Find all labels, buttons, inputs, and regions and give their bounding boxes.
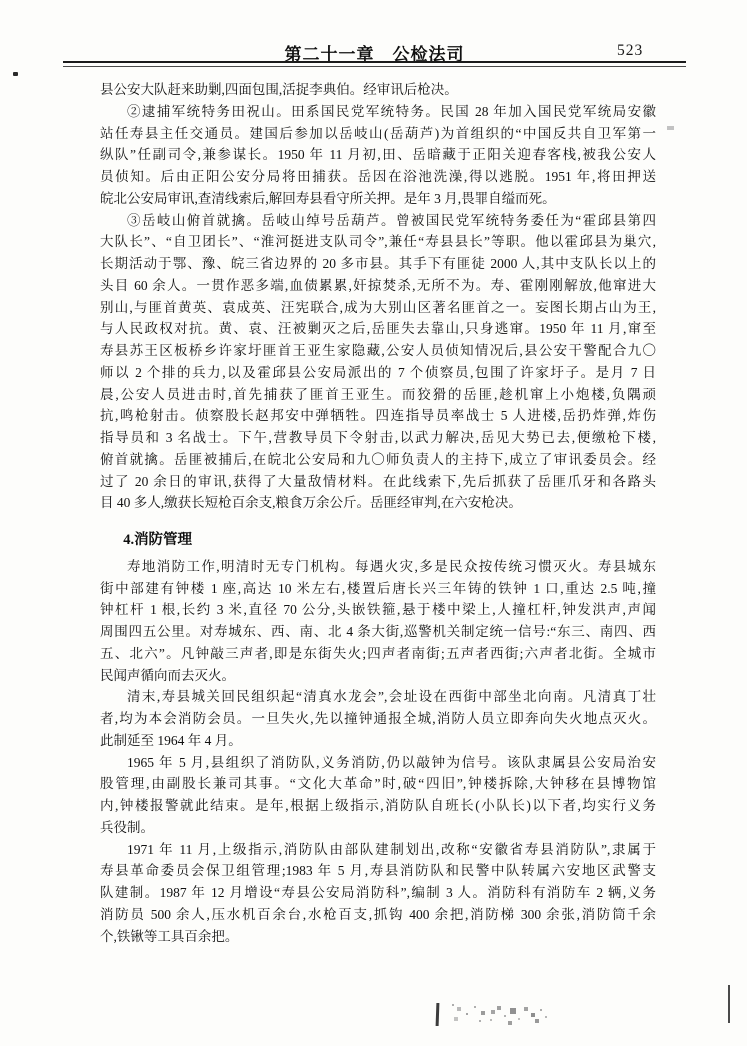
text-line: 指导员和 3 名战士。下午,营教导员下令射击,以武力解决,岳见大势已去,便缴枪下… [100,427,656,449]
text-line: 钟杠杆 1 根,长约 3 米,直径 70 公分,头嵌铁箍,悬于楼中梁上,人撞杠杆… [100,599,656,621]
text-line: 个,铁锹等工具百余把。 [100,926,656,948]
text-line: 师以 2 个排的兵力,以及霍邱县公安局派出的 7 个侦察员,包围了许家圩子。是月… [100,362,656,384]
section-heading: 4.消防管理 [100,530,656,552]
text-line: 者,均为本会消防会员。一旦失火,先以撞钟通报全城,消防人员立即奔向失火地点灭火。 [100,708,656,730]
header-double-rule [63,61,686,67]
text-line: 消防员 500 余人,压水机百余台,水枪百支,抓钩 400 余把,消防梯 300… [100,904,656,926]
page-number: 523 [617,42,643,60]
scan-artifact-speck [667,126,674,130]
text-line: 皖北公安局审讯,查清线索后,解回寿县看守所关押。是年 3 月,畏罪自缢而死。 [100,188,656,210]
text-line: 寿县革命委员会保卫组管理;1983 年 5 月,寿县消防队和民警中队转属六安地区… [100,860,656,882]
text-line: ②逮捕军统特务田祝山。田系国民党军统特务。民国 28 年加入国民党军统局安徽 [100,101,656,123]
text-line: 队建制。1987 年 12 月增设“寿县公安局消防科”,编制 3 人。消防科有消… [100,882,656,904]
text-line: 此制延至 1964 年 4 月。 [100,730,656,752]
text-line: 股管理,由副股长兼司其事。“文化大革命”时,破“四旧”,钟楼拆除,大钟移在县博物… [100,773,656,795]
text-line: 县公安大队赶来助剿,四面包围,活捉李典伯。经审讯后枪决。 [100,79,656,101]
text-line: 清末,寿县城关回民组织起“清真水龙会”,会址设在西街中部坐北向南。凡清真丁壮 [100,686,656,708]
text-line: 过了 20 余日的审讯,获得了大量敌情材料。在此线索下,先后抓获了岳匪爪牙和各路… [100,471,656,493]
text-line: 别山,与匪首黄英、袁成英、汪宪联合,成为大别山区著名匪首之一。妄图长期占山为王, [100,297,656,319]
scan-artifact-edge-line [728,985,730,1023]
text-line: 1971 年 11 月,上级指示,消防队由部队建制划出,改称“安徽省寿县消防队”… [100,839,656,861]
text-line: 五、北六”。凡钟敲三声者,即是东街失火;四声者南街;五声者西街;六声者北街。全城… [100,643,656,665]
text-line: 站任寿县主任交通员。建国后参加以岳岐山(岳葫芦)为首组织的“中国反共自卫军第一 [100,123,656,145]
text-line: 抗,鸣枪射击。侦察股长赵邦安中弹牺牲。四连指导员率战士 5 人进楼,岳扔炸弹,炸… [100,405,656,427]
text-line: 目 40 多人,缴获长短枪百余支,粮食万余公斤。岳匪经审判,在六安枪决。 [100,492,656,514]
text-line: 员侦知。后由正阳公安分局将田捕获。岳因在浴池洗澡,得以逃脱。1951 年,将田押… [100,166,656,188]
text-line: 周围四五公里。对寿城东、西、南、北 4 条大街,巡警机关制定统一信号:“东三、南… [100,621,656,643]
text-line: 街中部建有钟楼 1 座,高达 10 米左右,楼置后唐长兴三年铸的铁钟 1 口,重… [100,578,656,600]
text-line: 大队长”、“自卫团长”、“淮河挺进支队司令”,兼任“寿县县长”等职。他以霍邱县为… [100,231,656,253]
text-line: 与人民政权对抗。黄、袁、汪被剿灭之后,岳匪失去靠山,只身逃窜。1950 年 11… [100,318,656,340]
scan-artifact-smudge [452,1004,454,1006]
text-line: 纵队”任副司令,兼参谋长。1950 年 11 月初,田、岳暗藏于正阳关迎春客栈,… [100,144,656,166]
scan-artifact-speck [13,72,18,76]
text-line: 寿地消防工作,明清时无专门机构。每遇火灾,多是民众按传统习惯灭火。寿县城东 [100,556,656,578]
text-line: 长期活动于鄂、豫、皖三省边界的 20 多市县。其手下有匪徒 2000 人,其中支… [100,253,656,275]
text-line: 头目 60 余人。一贯作恶多端,血债累累,奸掠焚杀,无所不为。寿、霍刚刚解放,他… [100,275,656,297]
text-line: 1965 年 5 月,县组织了消防队,义务消防,仍以敲钟为信号。该队隶属县公安局… [100,752,656,774]
text-line: 晨,公安人员进击时,首先捕获了匪首王亚生。而狡猾的岳匪,趁机窜上小炮楼,负隅顽 [100,384,656,406]
text-line: ③岳岐山俯首就擒。岳岐山绰号岳葫芦。曾被国民党军统特务委任为“霍邱县第四 [100,210,656,232]
text-line: 民闻声循向而去灭火。 [100,665,656,687]
text-line: 寿县苏王区板桥乡许家圩匪首王亚生家隐藏,公安人员侦知情况后,县公安干警配合九〇 [100,340,656,362]
text-line: 兵役制。 [100,817,656,839]
body-text: 县公安大队赶来助剿,四面包围,活捉李典伯。经审讯后枪决。②逮捕军统特务田祝山。田… [100,79,656,947]
text-line: 俯首就擒。岳匪被捕后,在皖北公安局和九〇师负责人的主持下,成立了审讯委员会。经 [100,449,656,471]
book-page: 第二十一章 公检法司 523 县公安大队赶来助剿,四面包围,活捉李典伯。经审讯后… [0,0,747,1046]
text-line: 内,钟楼报警就此结束。是年,根据上级指示,消防队自班长(小队长)以下者,均实行义… [100,795,656,817]
scan-artifact-ink-bar [436,1003,440,1026]
